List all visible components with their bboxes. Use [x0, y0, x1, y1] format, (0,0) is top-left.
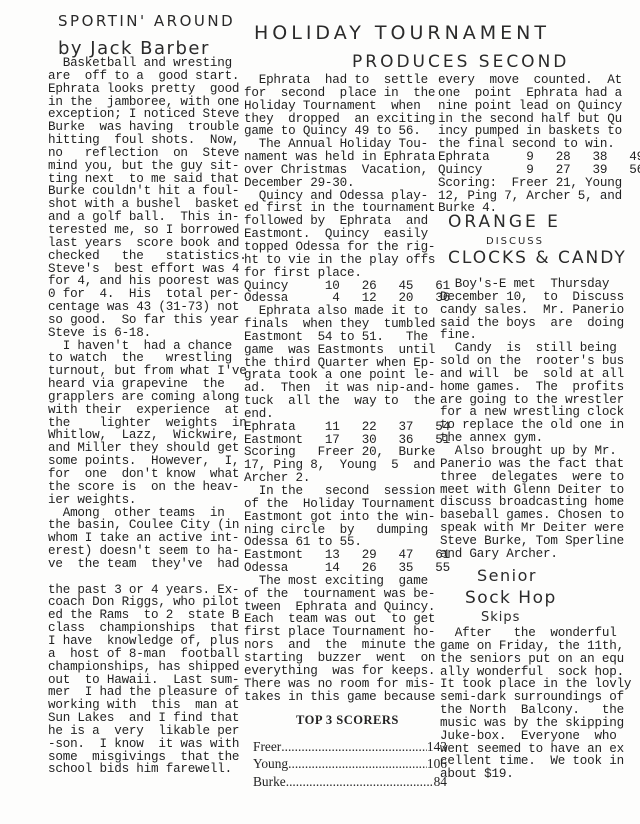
leader-dots: ........................................… — [286, 773, 434, 790]
article-line: grapplers are coming along — [48, 391, 228, 404]
article-line: the seniors put on an equ — [440, 653, 630, 666]
article-line: There was no room for mis- — [244, 678, 434, 691]
article-line: over Christmas Vacation, — [244, 164, 434, 177]
article-line: of the tournament was be- — [244, 588, 434, 601]
article-line: Sun Lakes and I find that — [48, 712, 228, 725]
orange-e-body: Boy's-E met ThursdayDecember 10, to Disc… — [440, 278, 630, 561]
box-score-row: Ephrata 11 22 37 54 — [244, 421, 434, 434]
article-line: starting buzzer went on — [244, 652, 434, 665]
holiday-tournament-heading-line2: PRODUCES SECOND — [352, 52, 569, 72]
article-line: mind you, but the guy sit- — [48, 160, 228, 173]
orange-e-heading-line2: DISCUSS — [486, 236, 544, 247]
newsletter-page: SPORTIN' AROUND by Jack Barber Basketbal… — [0, 0, 640, 824]
article-line: ve the team they've had — [48, 558, 228, 571]
article-line: nine point lead on Quincy — [438, 100, 628, 113]
article-line: every move counted. At — [438, 74, 628, 87]
article-line: nament was held in Ephrata — [244, 151, 434, 164]
scorer-name: Freer — [253, 738, 281, 755]
article-line: topped Odessa for the rig- — [244, 241, 434, 254]
article-line: game on Friday, the 11th, — [440, 640, 630, 653]
article-line: he is a very likable per — [48, 725, 228, 738]
article-line: everything was for keeps. — [244, 665, 434, 678]
article-line: After the wonderful — [440, 627, 630, 640]
article-line: Eastmont got into the win- — [244, 511, 434, 524]
article-line: the North Balcony. the — [440, 704, 630, 717]
orange-e-heading-line1: ORANGE E — [448, 212, 561, 232]
sock-hop-body: After the wonderfulgame on Friday, the 1… — [440, 627, 630, 781]
article-line: In the second session — [244, 485, 434, 498]
article-line: Boy's-E met Thursday — [440, 278, 630, 291]
article-line: end. — [244, 408, 434, 421]
article-line: sold on the rooter's bus — [440, 355, 630, 368]
article-line: for one don't know what — [48, 468, 228, 481]
box-score-row: Quincy 9 27 39 56 — [438, 164, 628, 177]
article-line: Also brought up by Mr. — [440, 445, 630, 458]
article-line: December 29-30. — [244, 177, 434, 190]
article-line: one point Ephrata had a — [438, 87, 628, 100]
article-line: Holiday Tournament when — [244, 100, 434, 113]
article-line: of the Holiday Tournament — [244, 498, 434, 511]
box-score-row: Ephrata 9 28 38 49 — [438, 151, 628, 164]
article-line: the score is on the heav- — [48, 481, 228, 494]
article-line: Basketball and wresting — [48, 57, 228, 70]
article-line: music was by the skipping — [440, 717, 630, 730]
article-line: no reflection on Steve — [48, 147, 228, 160]
article-line: Juke-box. Everyone who — [440, 730, 630, 743]
article-line: Ephrata had to settle — [244, 74, 434, 87]
article-line: Eastmont 54 to 51. The — [244, 331, 434, 344]
article-line: ier weights. — [48, 494, 228, 507]
article-line: so good. So far this year — [48, 314, 228, 327]
article-line: with their experience at — [48, 404, 228, 417]
article-line: championships, has shipped — [48, 661, 228, 674]
article-line: erest) doesn't seem to ha- — [48, 545, 228, 558]
article-line: for first place. — [244, 267, 434, 280]
holiday-tournament-body: Ephrata had to settlefor second place in… — [244, 74, 434, 703]
holiday-tournament-heading-line1: HOLIDAY TOURNAMENT — [254, 22, 550, 44]
scorer-name: Burke — [253, 773, 286, 790]
article-line: Steve is 6-18. — [48, 327, 228, 340]
orange-e-heading-line3: CLOCKS & CANDY — [448, 248, 627, 268]
article-line: Steve Burke, Tom Sperline — [440, 535, 630, 548]
article-line: game was Eastmonts until — [244, 344, 434, 357]
top-scorers-list: Freer...................................… — [253, 738, 447, 790]
box-score-row: Odessa 14 26 35 55 — [244, 562, 434, 575]
leader-dots: ........................................… — [288, 755, 427, 772]
article-line: about $19. — [440, 768, 630, 781]
article-line: for second place in the — [244, 87, 434, 100]
article-line: centage was 43 (31-73) not — [48, 301, 228, 314]
sportin-around-body: Basketball and wrestingare off to a good… — [48, 57, 228, 776]
article-line: speak with Mr Deiter were — [440, 522, 630, 535]
holiday-tournament-continued: every move counted. Atone point Ephrata … — [438, 74, 628, 215]
article-line: December 10, to Discuss — [440, 291, 630, 304]
sportin-around-heading: SPORTIN' AROUND — [58, 12, 235, 30]
article-line: The most exciting game — [244, 575, 434, 588]
article-line: Scoring: Freer 21, Young — [438, 177, 628, 190]
article-line: tuck all the way to the — [244, 395, 434, 408]
article-line: checked the statistics. — [48, 250, 228, 263]
article-line — [48, 571, 228, 584]
article-line: ht to vie in the play offs — [244, 254, 434, 267]
article-line: takes in this game because — [244, 691, 434, 704]
leader-dots: ........................................… — [281, 738, 427, 755]
sock-hop-heading-line3: Skips — [481, 610, 520, 625]
scorer-name: Young — [253, 755, 288, 772]
article-line: last years score book and — [48, 237, 228, 250]
sock-hop-heading-line2: Sock Hop — [465, 588, 557, 608]
article-line: a host of 8-man football — [48, 648, 228, 661]
article-line: terested me, so I borrowed — [48, 224, 228, 237]
article-line: hitting foul shots. Now, — [48, 134, 228, 147]
article-line: -son. I know it was with — [48, 738, 228, 751]
article-line: and will be sold at all — [440, 368, 630, 381]
article-line: heard via grapevine the — [48, 378, 228, 391]
top-scorer-row: Burke...................................… — [253, 773, 447, 790]
top-scorer-row: Young...................................… — [253, 755, 447, 772]
article-line: finals when they tumbled — [244, 318, 434, 331]
article-line: Panerio was the fact that — [440, 458, 630, 471]
article-line: home games. The profits — [440, 381, 630, 394]
article-line: Ephrata looks pretty good — [48, 83, 228, 96]
sock-hop-heading-line1: Senior — [477, 566, 537, 585]
article-line: are off to a good start. — [48, 70, 228, 83]
article-line: candy sales. Mr. Panerio — [440, 304, 630, 317]
article-line: and Gary Archer. — [440, 548, 630, 561]
top-scorers-title: TOP 3 SCORERS — [296, 713, 399, 728]
article-line: three delegates were to — [440, 471, 630, 484]
article-line: I have knowledge of, plus — [48, 635, 228, 648]
article-line: school bids him farewell. — [48, 763, 228, 776]
top-scorer-row: Freer...................................… — [253, 738, 447, 755]
